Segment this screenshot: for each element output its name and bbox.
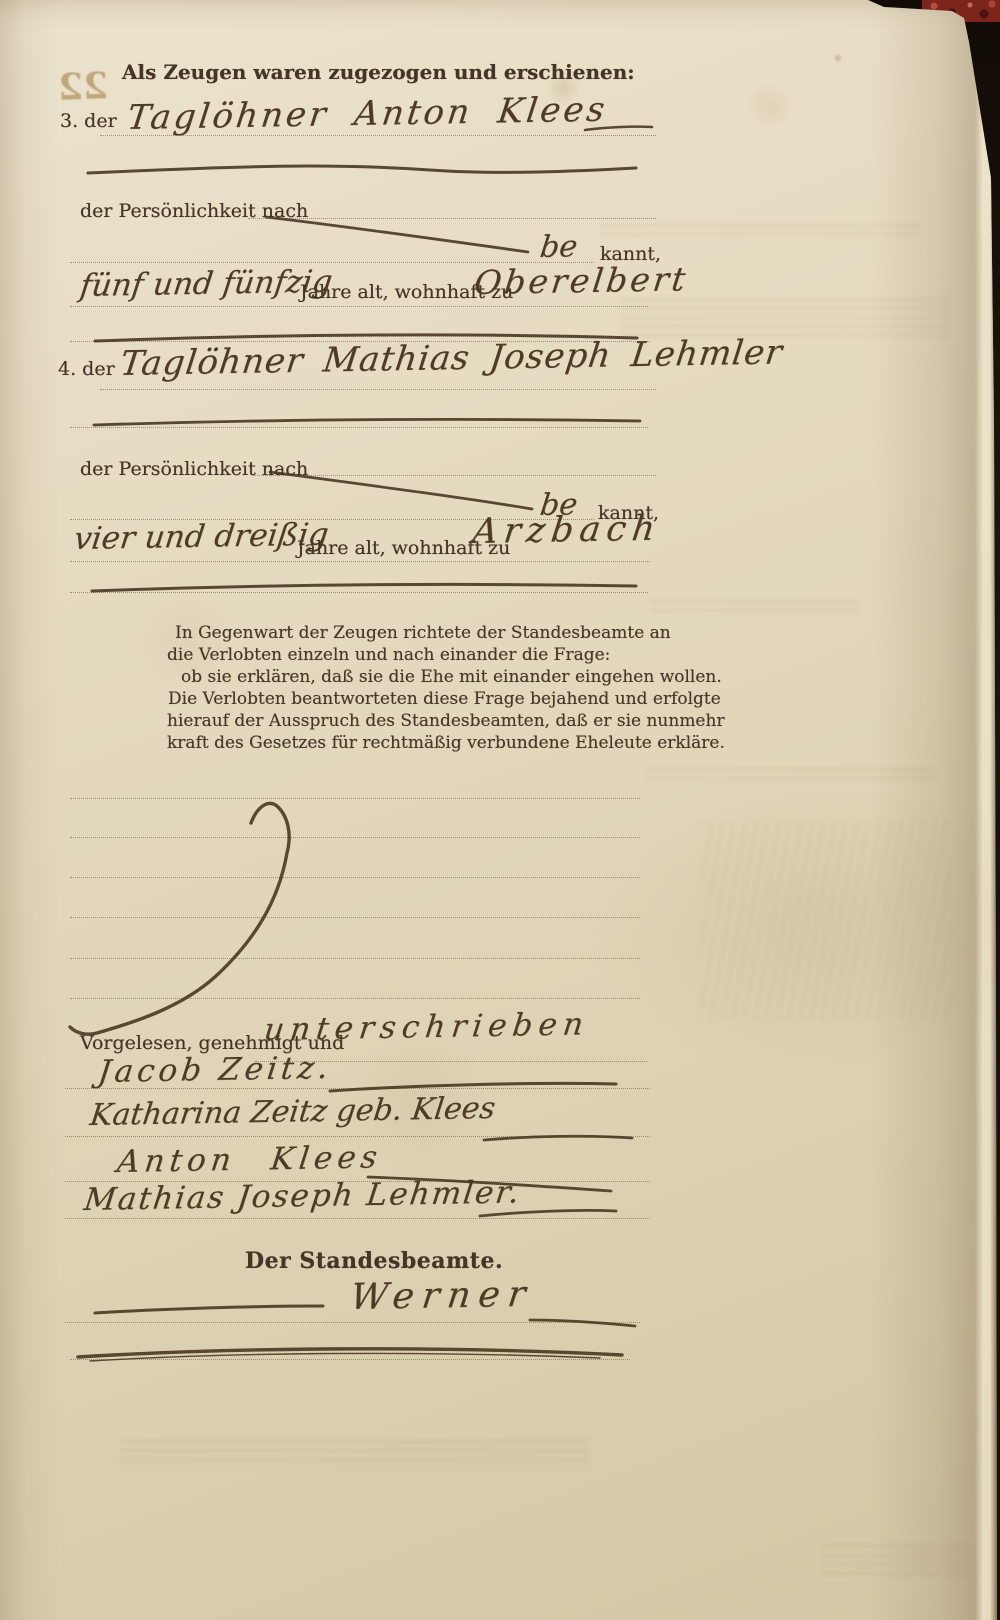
signature-bride: Katharina Zeitz geb. Klees: [88, 1091, 497, 1133]
form-dotted-line: [70, 560, 650, 562]
signature-witness4: Mathias Joseph Lehmler.: [82, 1174, 523, 1218]
form-dotted-line: [65, 1321, 640, 1323]
form-dotted-line: [70, 957, 640, 959]
form-dotted-line: [70, 426, 648, 428]
ink-rule-under-witness3: [88, 166, 636, 173]
show-through-smudge: [650, 600, 860, 612]
form-dotted-line: [100, 134, 656, 136]
witness3-prefix: 3. der: [60, 110, 117, 132]
ink-diagonal-strike-witness3: [266, 217, 528, 252]
declaration-line: Die Verlobten beantworteten diese Frage …: [167, 688, 647, 710]
declaration-line: ob sie erklären, daß sie die Ehe mit ein…: [167, 666, 647, 688]
signature-registrar: Werner: [348, 1274, 536, 1318]
declaration-line: kraft des Gesetzes für rechtmäßig verbun…: [167, 732, 647, 754]
ink-cancellation-flourish: [70, 803, 289, 1034]
show-through-smudge: [645, 768, 935, 784]
form-dotted-line: [70, 797, 640, 799]
witness3-residence-handwritten: Oberelbert: [472, 259, 691, 302]
witness4-residence-handwritten: Arzbach: [470, 509, 663, 552]
standesbeamte-label: Der Standesbeamte.: [245, 1248, 503, 1274]
declaration-paragraph: In Gegenwart der Zeugen richtete der Sta…: [167, 622, 647, 754]
witness3-age-handwritten: fünf und fünfzig: [78, 264, 334, 304]
form-dotted-line: [65, 1135, 650, 1137]
declaration-line: hierauf der Ausspruch des Standesbeamten…: [167, 710, 647, 732]
show-through-smudge: [600, 224, 920, 238]
witnesses-header: Als Zeugen waren zugezogen und erschiene…: [122, 60, 635, 84]
form-dotted-line: [70, 916, 640, 918]
show-through-smudge: [820, 1545, 970, 1579]
form-dotted-line: [100, 388, 656, 390]
form-dotted-line: [65, 1217, 650, 1219]
ink-final-rule: [78, 1349, 622, 1357]
signature-groom: Jacob Zeitz.: [96, 1050, 334, 1090]
unterschrieben-handwritten: unterschrieben: [262, 1006, 591, 1048]
ink-rule-under-witness4-name: [94, 419, 640, 425]
photograph-of-register-page: { "page": { "ghost_page_number": "22", "…: [0, 0, 1000, 1620]
register-page: 22 Als Zeugen waren zugezogen und erschi…: [0, 0, 1000, 1620]
form-dotted-line: [70, 997, 640, 999]
form-dotted-line: [70, 836, 640, 838]
declaration-line: die Verlobten einzeln und nach einander …: [167, 644, 647, 666]
show-through-page-number: 22: [57, 65, 109, 109]
form-dotted-line: [248, 217, 656, 219]
form-dotted-line: [70, 591, 648, 593]
ink-dash-after-signature-4: [480, 1210, 616, 1216]
form-dotted-line: [70, 876, 640, 878]
witness3-name-handwritten: Taglöhner Anton Klees: [125, 90, 610, 138]
witness3-be-handwritten: be: [538, 229, 579, 265]
show-through-smudge: [700, 820, 950, 1020]
signature-witness3: Anton Klees: [115, 1139, 384, 1180]
ink-diagonal-strike-witness4: [270, 472, 532, 509]
witness4-identity-label: der Persönlichkeit nach: [80, 458, 308, 480]
show-through-smudge: [620, 298, 950, 340]
ink-rule-under-witness4-age: [92, 584, 636, 591]
form-dotted-line: [70, 1358, 630, 1360]
form-dotted-line: [252, 474, 656, 476]
form-dotted-line: [65, 1087, 650, 1089]
declaration-line: In Gegenwart der Zeugen richtete der Sta…: [167, 622, 647, 644]
ink-dash-left-of-registrar: [95, 1306, 323, 1313]
show-through-smudge: [120, 1440, 590, 1468]
witness4-prefix: 4. der: [58, 358, 115, 380]
ink-stroke-overlay: [0, 0, 1000, 1620]
witness4-age-handwritten: vier und dreißig: [72, 517, 330, 557]
form-dotted-line: [70, 305, 648, 307]
